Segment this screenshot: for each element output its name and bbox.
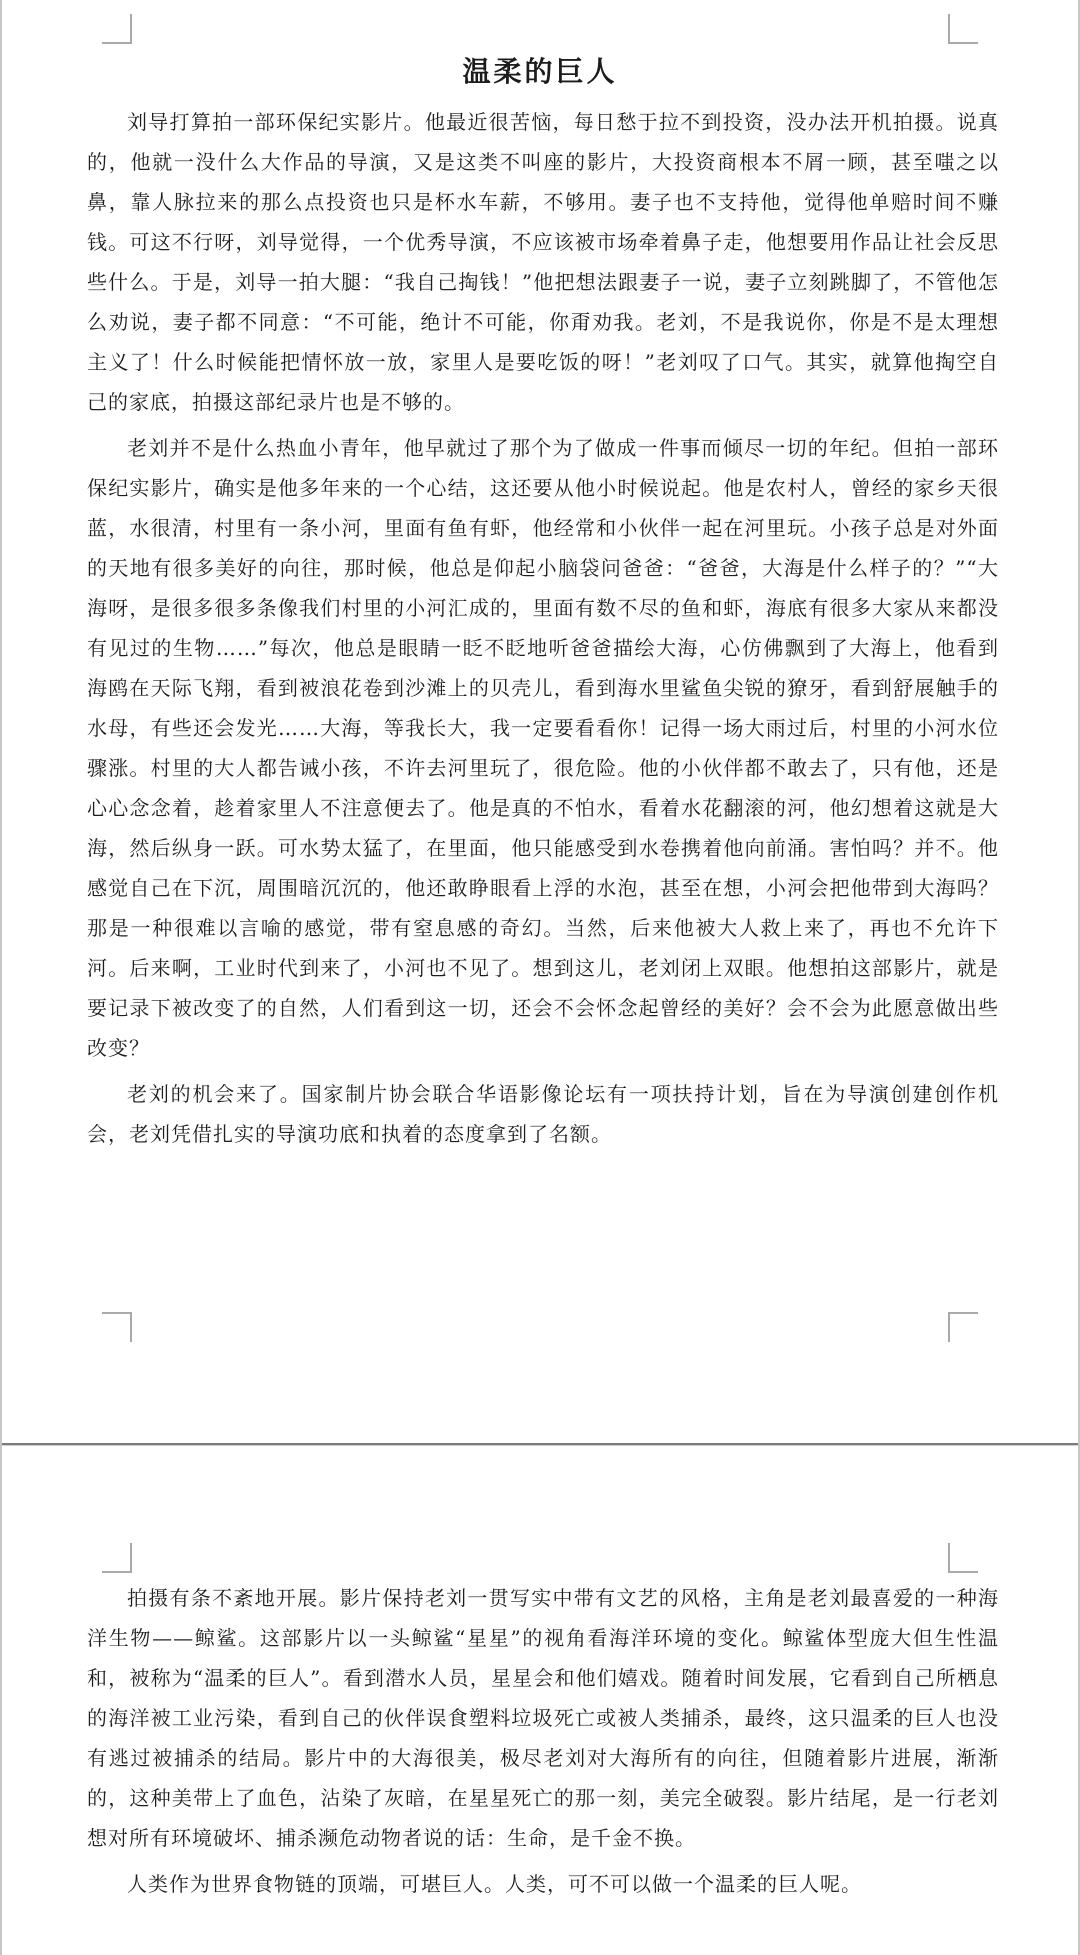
margin-mark-bottom-left-icon [102, 1312, 132, 1342]
document-title[interactable]: 温柔的巨人 [2, 50, 1078, 90]
paragraph[interactable]: 人类作为世界食物链的顶端，可堪巨人。人类，可不可以做一个温柔的巨人呢。 [87, 1864, 999, 1904]
margin-mark-top-left-icon [102, 14, 132, 44]
document-page-1: 温柔的巨人 刘导打算拍一部环保纪实影片。他最近很苦恼，每日愁于拉不到投资，没办法… [2, 0, 1078, 1443]
page-1-text-area[interactable]: 刘导打算拍一部环保纪实影片。他最近很苦恼，每日愁于拉不到投资，没办法开机拍摄。说… [87, 102, 999, 1160]
document-viewer: 温柔的巨人 刘导打算拍一部环保纪实影片。他最近很苦恼，每日愁于拉不到投资，没办法… [0, 0, 1080, 1955]
document-page-2: 拍摄有条不紊地开展。影片保持老刘一贯写实中带有文艺的风格，主角是老刘最喜爱的一种… [2, 1446, 1078, 1955]
margin-mark-top-right-icon [948, 1543, 978, 1573]
paragraph[interactable]: 刘导打算拍一部环保纪实影片。他最近很苦恼，每日愁于拉不到投资，没办法开机拍摄。说… [87, 102, 999, 422]
paragraph[interactable]: 老刘的机会来了。国家制片协会联合华语影像论坛有一项扶持计划，旨在为导演创建创作机… [87, 1074, 999, 1154]
margin-mark-top-right-icon [948, 14, 978, 44]
paragraph[interactable]: 老刘并不是什么热血小青年，他早就过了那个为了做成一件事而倾尽一切的年纪。但拍一部… [87, 428, 999, 1068]
page-2-text-area[interactable]: 拍摄有条不紊地开展。影片保持老刘一贯写实中带有文艺的风格，主角是老刘最喜爱的一种… [87, 1578, 999, 1910]
paragraph[interactable]: 拍摄有条不紊地开展。影片保持老刘一贯写实中带有文艺的风格，主角是老刘最喜爱的一种… [87, 1578, 999, 1858]
margin-mark-top-left-icon [102, 1543, 132, 1573]
margin-mark-bottom-right-icon [948, 1312, 978, 1342]
